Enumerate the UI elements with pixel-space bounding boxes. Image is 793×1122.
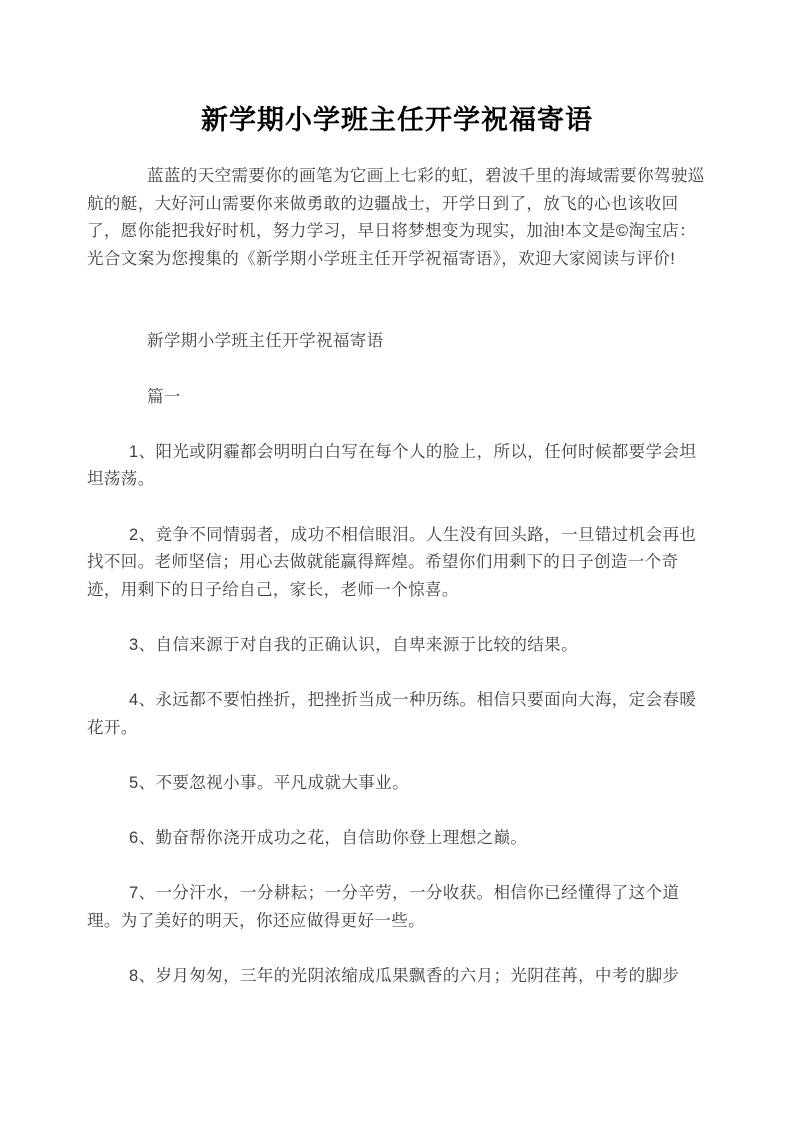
document-title: 新学期小学班主任开学祝福寄语 [87, 100, 707, 140]
list-item-2: 2、竞争不同情弱者，成功不相信眼泪。人生没有回头路，一旦错过机会再也找不回。老师… [87, 522, 707, 605]
list-item-8: 8、岁月匆匆，三年的光阴浓缩成瓜果飘香的六月；光阴荏苒，中考的脚步 [87, 963, 707, 991]
list-item-3: 3、自信来源于对自我的正确认识，自卑来源于比较的结果。 [87, 632, 707, 660]
list-item-1: 1、阳光或阴霾都会明明白白写在每个人的脸上，所以，任何时候都要学会坦坦荡荡。 [87, 439, 707, 494]
document-page: 新学期小学班主任开学祝福寄语 蓝蓝的天空需要你的画笔为它画上七彩的虹，碧波千里的… [0, 0, 793, 1122]
section-label: 篇一 [87, 384, 707, 412]
list-item-5: 5、不要忽视小事。平凡成就大事业。 [87, 770, 707, 798]
intro-paragraph: 蓝蓝的天空需要你的画笔为它画上七彩的虹，碧波千里的海域需要你驾驶巡航的艇，大好河… [87, 163, 707, 273]
document-subtitle: 新学期小学班主任开学祝福寄语 [87, 328, 707, 356]
list-item-6: 6、勤奋帮你浇开成功之花，自信助你登上理想之巅。 [87, 825, 707, 853]
list-item-7: 7、一分汗水，一分耕耘；一分辛劳，一分收获。相信你已经懂得了这个道理。为了美好的… [87, 880, 707, 935]
list-item-4: 4、永远都不要怕挫折，把挫折当成一种历练。相信只要面向大海，定会春暖花开。 [87, 687, 707, 742]
